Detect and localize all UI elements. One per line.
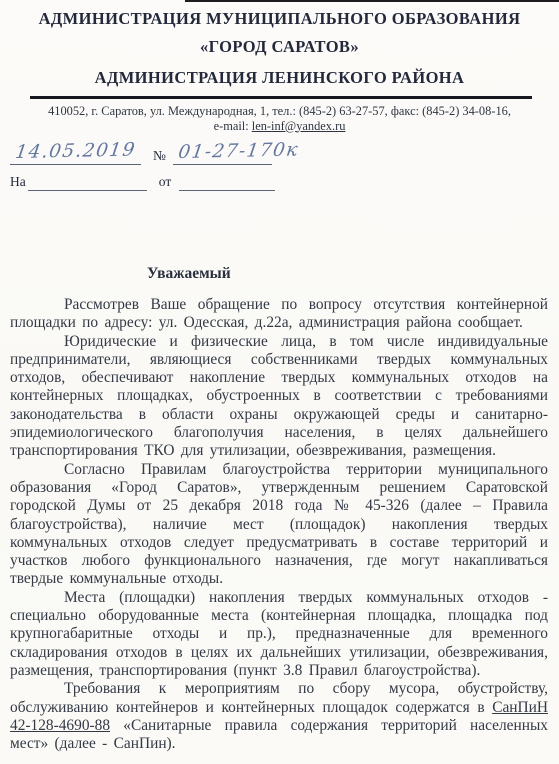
salutation: Уважаемый xyxy=(147,265,231,283)
letter-body: Рассмотрев Ваше обращение по вопросу отс… xyxy=(10,296,548,753)
org-name-line3: АДМИНИСТРАЦИЯ ЛЕНИНСКОГО РАЙОНА xyxy=(0,69,559,87)
incoming-date-field xyxy=(179,166,275,191)
incoming-number-field xyxy=(28,166,147,191)
paragraph-5-pre: Требования к мероприятиям по сбору мусор… xyxy=(10,680,548,715)
email-link[interactable]: len-inf@yandex.ru xyxy=(252,119,346,133)
body-paragraph-1: Рассмотрев Ваше обращение по вопросу отс… xyxy=(10,296,548,333)
org-name-line2: «ГОРОД САРАТОВ» xyxy=(0,38,559,56)
reference-block: 14.05.2019 № 01-27-170к На от xyxy=(10,138,275,191)
contact-email-line: e-mail: len-inf@yandex.ru xyxy=(0,119,559,134)
ot-label: от xyxy=(159,174,173,191)
body-paragraph-4: Места (площадки) накопления твердых комм… xyxy=(10,589,548,680)
contact-address-line: 410052, г. Саратов, ул. Международная, 1… xyxy=(0,104,559,119)
incoming-reference-row: На от xyxy=(10,166,275,191)
body-paragraph-3: Согласно Правилам благоустройства террит… xyxy=(10,461,548,589)
document-page: АДМИНИСТРАЦИЯ МУНИЦИПАЛЬНОГО ОБРАЗОВАНИЯ… xyxy=(0,0,559,764)
scan-edge-artifact xyxy=(185,0,559,2)
body-paragraph-2: Юридические и физические лица, в том чис… xyxy=(10,333,548,461)
handwritten-number-value: 01-27-170к xyxy=(177,139,300,163)
number-sign-label: № xyxy=(153,148,168,165)
body-paragraph-5: Требования к мероприятиям по сбору мусор… xyxy=(10,680,548,753)
handwritten-date-value: 14.05.2019 xyxy=(14,139,137,163)
email-label: e-mail: xyxy=(214,119,252,133)
na-label: На xyxy=(10,174,28,191)
outgoing-date-field: 14.05.2019 xyxy=(10,138,141,165)
outgoing-number-field: 01-27-170к xyxy=(173,138,272,165)
org-name-line1: АДМИНИСТРАЦИЯ МУНИЦИПАЛЬНОГО ОБРАЗОВАНИЯ xyxy=(0,10,559,28)
letterhead-divider xyxy=(30,96,532,99)
contact-block: 410052, г. Саратов, ул. Международная, 1… xyxy=(0,104,559,133)
letterhead: АДМИНИСТРАЦИЯ МУНИЦИПАЛЬНОГО ОБРАЗОВАНИЯ… xyxy=(0,10,559,87)
outgoing-reference-row: 14.05.2019 № 01-27-170к xyxy=(10,138,275,165)
